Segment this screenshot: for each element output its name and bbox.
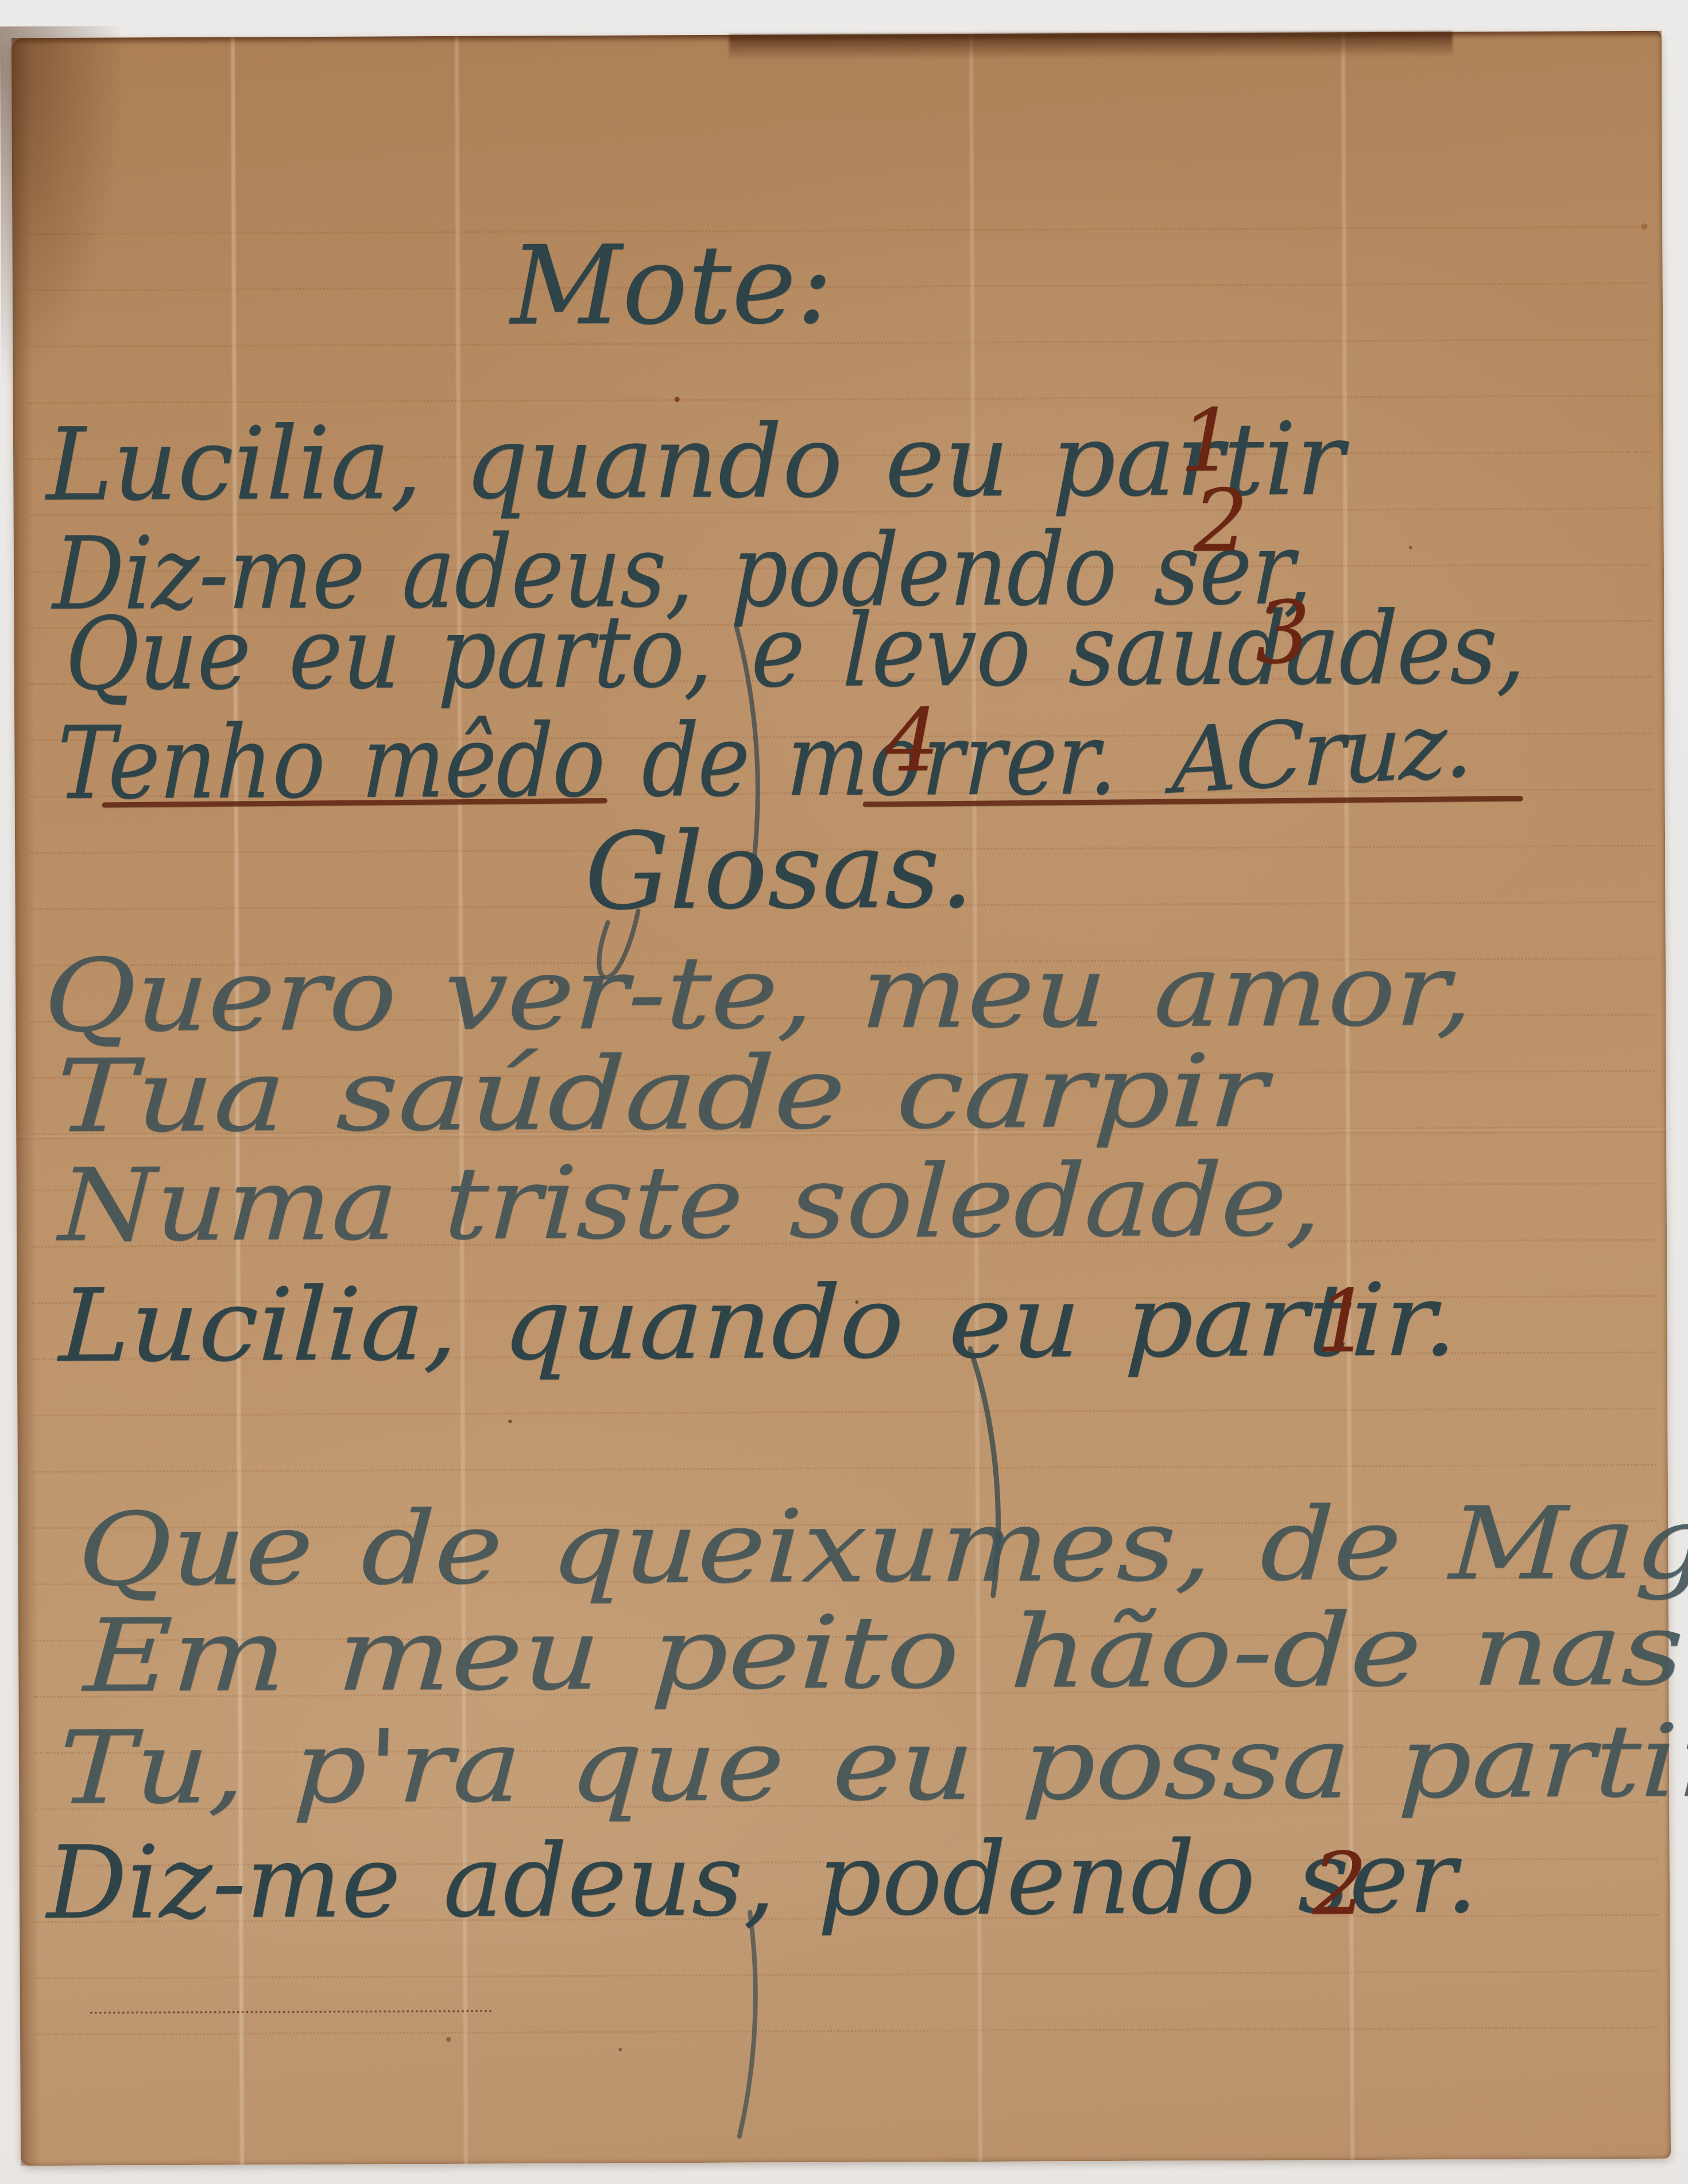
scan-background: Mote: Lucilia, quando eu partir 1 Diz-me… [0,0,1688,2184]
ink-speck [508,1420,512,1423]
glosa2-line-4-number: 2 [1313,1841,1368,1927]
glosas-heading: Glosas. [584,817,974,925]
mote-line-1: Lucilia, quando eu partir [46,409,1345,516]
glosa1-line-4-number: 1 [1315,1279,1370,1365]
poem-title: Mote: [510,230,833,340]
glosa1-line-1: Quero ver-te, meu amor, [42,940,1474,1047]
mote-line-3-number: 3 [1255,590,1310,676]
glosa1-line-3: Numa triste soledade, [57,1150,1323,1256]
ink-speck [549,980,553,984]
foxing-spot [446,2037,451,2042]
ink-speck [855,1300,859,1304]
glosa2-line-3: Tu, p'ra que eu possa partir [57,1711,1688,1819]
glosa2-line-1: Que de queixumes, de Maguas, [76,1492,1688,1601]
glosa1-line-2: Tua saúdade carpir [54,1041,1269,1147]
manuscript-page: Mote: Lucilia, quando eu partir 1 Diz-me… [11,31,1671,2166]
mote-line-2-number: 2 [1193,478,1248,564]
ink-speck [675,397,680,402]
ink-speck [1409,546,1412,549]
foxing-spot [618,2048,622,2051]
foxing-spot [1641,223,1647,230]
author-signature: ACruz. [1171,699,1472,807]
glosa2-line-2: Em meu peito hão-de nascer! [82,1598,1688,1707]
mote-line-4-number: 4 [884,698,939,784]
glosa1-line-4: Lucilia, quando eu partir. [58,1270,1459,1377]
glosa2-line-4: Diz-me adeus, podendo ser. [47,1827,1478,1934]
